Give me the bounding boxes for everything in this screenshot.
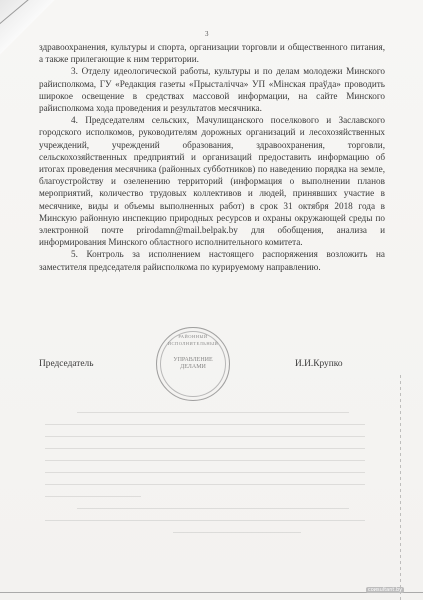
paragraph-4: 4. Председателям сельских, Мачулищанског… (39, 114, 385, 248)
signatory-title: Председатель (39, 359, 93, 369)
reverse-side-bleed-through (45, 412, 365, 562)
site-watermark: соиsultant.by (366, 587, 404, 593)
official-stamp: РАЙОННЫЙ ИСПОЛНИТЕЛЬНЫЙ УПРАВЛЕНИЕ ДЕЛАМ… (156, 327, 230, 401)
signatory-name: И.И.Крупко (295, 359, 343, 369)
stamp-ring-text: РАЙОННЫЙ ИСПОЛНИТЕЛЬНЫЙ (157, 333, 229, 347)
paragraph-3: 3. Отделу идеологической работы, культур… (39, 65, 385, 114)
scan-edge-right (400, 375, 401, 600)
paragraph-continuation: здравоохранения, культуры и спорта, орга… (39, 41, 385, 65)
scan-edge-bottom (0, 592, 423, 593)
stamp-center-line-1: УПРАВЛЕНИЕ (173, 357, 212, 364)
paragraph-5: 5. Контроль за исполнением настоящего ра… (39, 248, 385, 272)
scanned-document-page: 3 здравоохранения, культуры и спорта, ор… (0, 0, 423, 600)
document-body: здравоохранения, культуры и спорта, орга… (39, 41, 385, 273)
page-number: 3 (205, 30, 209, 38)
stamp-center-line-2: ДЕЛАМИ (180, 364, 206, 371)
